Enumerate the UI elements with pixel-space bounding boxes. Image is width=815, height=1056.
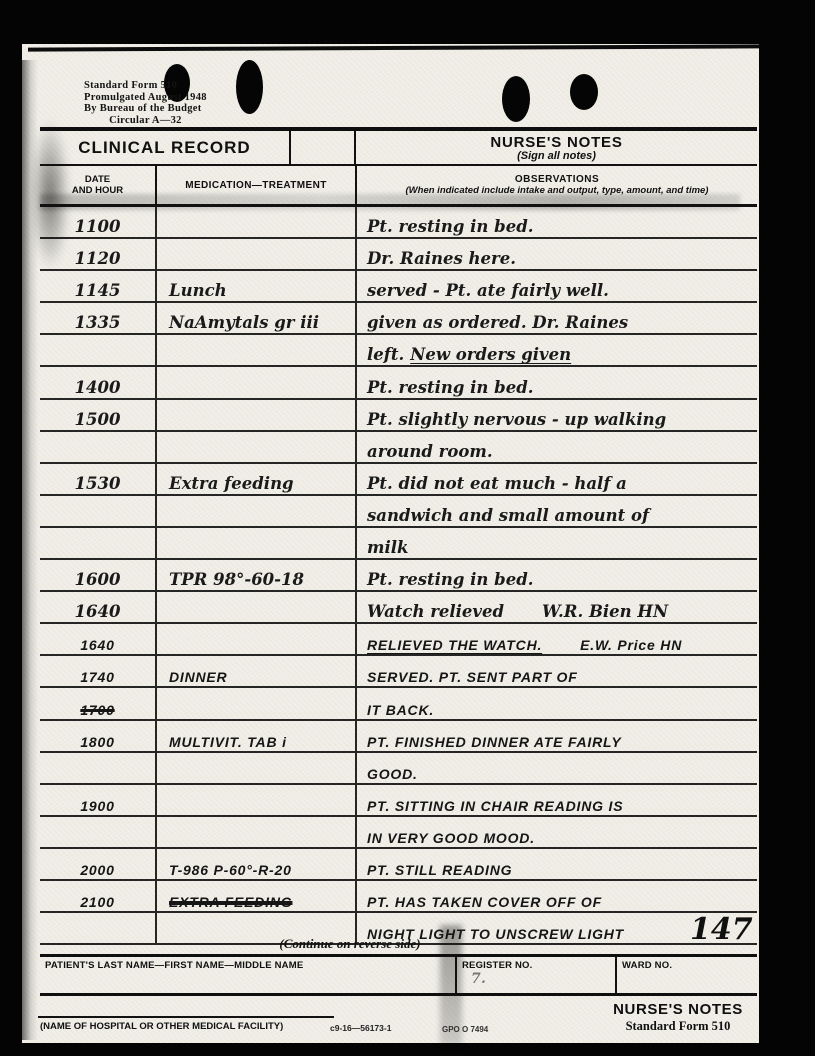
time-entry bbox=[40, 335, 157, 365]
observation-text: Dr. Raines here. bbox=[367, 249, 516, 268]
observation-text: Pt. resting in bed. bbox=[367, 570, 534, 589]
form-stamp: Standard Form 510 Promulgated August 194… bbox=[84, 80, 207, 126]
stamp-line: Standard Form 510 bbox=[84, 80, 207, 92]
observation-underlined-text: New orders given bbox=[410, 345, 571, 364]
medication-entry: DINNER bbox=[157, 656, 357, 686]
observation-text: RELIEVED THE WATCH. bbox=[367, 637, 542, 653]
signature-text: W.R. Bien HN bbox=[542, 602, 668, 621]
register-no-value: 7. bbox=[471, 971, 486, 987]
form-subtitle: Standard Form 510 bbox=[598, 1019, 758, 1034]
observation-text: left. bbox=[367, 345, 404, 364]
time-entry: 1145 bbox=[40, 271, 157, 301]
table-row: 1600TPR 98°-60-18Pt. resting in bed. bbox=[40, 560, 757, 592]
time-entry bbox=[40, 817, 157, 847]
stamp-line: Circular A—32 bbox=[84, 115, 207, 127]
punch-hole bbox=[570, 74, 598, 110]
medication-entry bbox=[157, 817, 357, 847]
table-row: 1500Pt. slightly nervous - up walking bbox=[40, 400, 757, 432]
ward-no-field: WARD NO. bbox=[617, 957, 757, 993]
medication-entry: MULTIVIT. TAB i bbox=[157, 721, 357, 751]
footer-identification-box: PATIENT'S LAST NAME—FIRST NAME—MIDDLE NA… bbox=[40, 954, 757, 996]
observations-column-header: OBSERVATIONS (When indicated include int… bbox=[357, 166, 757, 204]
observation-entry: Pt. slightly nervous - up walking bbox=[357, 400, 757, 430]
time-entry bbox=[40, 753, 157, 783]
time-entry: 1335 bbox=[40, 303, 157, 333]
medication-entry: TPR 98°-60-18 bbox=[157, 560, 357, 590]
observation-text: PT. STILL READING bbox=[367, 862, 512, 878]
column-header-row: DATE AND HOUR MEDICATION—TREATMENT OBSER… bbox=[40, 166, 757, 207]
observation-text: IN VERY GOOD MOOD. bbox=[367, 830, 535, 846]
time-entry: 1640 bbox=[40, 624, 157, 654]
time-entry: 1800 bbox=[40, 721, 157, 751]
observation-text: PT. SITTING IN CHAIR READING IS bbox=[367, 798, 623, 814]
table-row: sandwich and small amount of bbox=[40, 496, 757, 528]
time-entry bbox=[40, 432, 157, 462]
time-entry bbox=[40, 528, 157, 558]
table-row: 1640Watch relievedW.R. Bien HN bbox=[40, 592, 757, 624]
medication-entry bbox=[157, 400, 357, 430]
observation-text: PT. HAS TAKEN COVER OFF OF bbox=[367, 894, 602, 910]
observation-entry: IN VERY GOOD MOOD. bbox=[357, 817, 757, 847]
time-entry: 1120 bbox=[40, 239, 157, 269]
observation-text: Pt. slightly nervous - up walking bbox=[367, 410, 666, 429]
observation-entry: around room. bbox=[357, 432, 757, 462]
observation-text: milk bbox=[367, 538, 408, 557]
blank-header-cell bbox=[291, 131, 356, 164]
table-row: 2000T-986 P-60°-R-20PT. STILL READING bbox=[40, 849, 757, 881]
table-row: 1900PT. SITTING IN CHAIR READING IS bbox=[40, 785, 757, 817]
observation-entry: served - Pt. ate fairly well. bbox=[357, 271, 757, 301]
notes-rows: 1100Pt. resting in bed.1120Dr. Raines he… bbox=[40, 207, 757, 945]
observations-title: OBSERVATIONS bbox=[515, 174, 599, 185]
table-row: 1700IT BACK. bbox=[40, 688, 757, 720]
facility-signature-line bbox=[38, 1016, 334, 1018]
table-row: 1800MULTIVIT. TAB iPT. FINISHED DINNER A… bbox=[40, 721, 757, 753]
medication-column-header: MEDICATION—TREATMENT bbox=[157, 166, 357, 204]
time-entry: 1600 bbox=[40, 560, 157, 590]
observation-entry: Dr. Raines here. bbox=[357, 239, 757, 269]
signature-text: E.W. Price HN bbox=[580, 637, 682, 653]
time-entry bbox=[40, 496, 157, 526]
column-label: DATE bbox=[85, 174, 110, 185]
table-title-row: CLINICAL RECORD NURSE'S NOTES (Sign all … bbox=[40, 131, 757, 166]
time-entry: 2100 bbox=[40, 881, 157, 911]
register-no-label: REGISTER NO. bbox=[462, 960, 533, 971]
observation-text: Pt. resting in bed. bbox=[367, 217, 534, 236]
time-entry: 1740 bbox=[40, 656, 157, 686]
observation-text: SERVED. PT. SENT PART OF bbox=[367, 669, 578, 685]
observation-entry: PT. SITTING IN CHAIR READING IS bbox=[357, 785, 757, 815]
time-entry: 1500 bbox=[40, 400, 157, 430]
table-row: 1120Dr. Raines here. bbox=[40, 239, 757, 271]
observation-entry: left.New orders given bbox=[357, 335, 757, 365]
observation-text: sandwich and small amount of bbox=[367, 506, 649, 525]
table-row: around room. bbox=[40, 432, 757, 464]
observation-entry: PT. STILL READING bbox=[357, 849, 757, 879]
medication-entry bbox=[157, 496, 357, 526]
print-code: c9-16—56173-1 bbox=[330, 1023, 391, 1033]
medication-entry: EXTRA FEEDING bbox=[157, 881, 357, 911]
medication-entry bbox=[157, 528, 357, 558]
nurses-notes-title: NURSE'S NOTES bbox=[490, 134, 622, 151]
table-row: IN VERY GOOD MOOD. bbox=[40, 817, 757, 849]
observation-entry: SERVED. PT. SENT PART OF bbox=[357, 656, 757, 686]
observation-entry: Pt. resting in bed. bbox=[357, 560, 757, 590]
observation-entry: PT. FINISHED DINNER ATE FAIRLY bbox=[357, 721, 757, 751]
facility-label: (NAME OF HOSPITAL OR OTHER MEDICAL FACIL… bbox=[40, 1021, 283, 1032]
clinical-record-title: CLINICAL RECORD bbox=[40, 131, 291, 164]
table-row: 1145Lunchserved - Pt. ate fairly well. bbox=[40, 271, 757, 303]
observation-entry: Pt. resting in bed. bbox=[357, 367, 757, 397]
observation-entry: Pt. did not eat much - half a bbox=[357, 464, 757, 494]
punch-hole bbox=[236, 60, 263, 114]
date-hour-column-header: DATE AND HOUR bbox=[40, 166, 157, 204]
medication-entry bbox=[157, 367, 357, 397]
medication-entry: Extra feeding bbox=[157, 464, 357, 494]
time-entry: 1700 bbox=[40, 688, 157, 718]
medication-entry bbox=[157, 753, 357, 783]
observation-text: Pt. did not eat much - half a bbox=[367, 474, 627, 493]
stamp-line: By Bureau of the Budget bbox=[84, 103, 207, 115]
nurses-notes-subtitle: (Sign all notes) bbox=[517, 150, 596, 162]
medication-entry bbox=[157, 432, 357, 462]
time-entry: 1640 bbox=[40, 592, 157, 622]
observation-text: around room. bbox=[367, 442, 493, 461]
observation-entry: sandwich and small amount of bbox=[357, 496, 757, 526]
observations-subtitle: (When indicated include intake and outpu… bbox=[406, 185, 709, 196]
scanned-page: Standard Form 510 Promulgated August 194… bbox=[0, 0, 815, 1056]
time-entry: 1400 bbox=[40, 367, 157, 397]
time-entry: 2000 bbox=[40, 849, 157, 879]
observation-entry: Watch relievedW.R. Bien HN bbox=[357, 592, 757, 622]
medication-entry bbox=[157, 335, 357, 365]
medication-entry bbox=[157, 624, 357, 654]
table-row: left.New orders given bbox=[40, 335, 757, 367]
observation-text: PT. FINISHED DINNER ATE FAIRLY bbox=[367, 734, 622, 750]
table-row: 2100EXTRA FEEDINGPT. HAS TAKEN COVER OFF… bbox=[40, 881, 757, 913]
time-entry bbox=[40, 913, 157, 943]
observation-entry: Pt. resting in bed. bbox=[357, 207, 757, 237]
time-entry: 1900 bbox=[40, 785, 157, 815]
medication-entry bbox=[157, 207, 357, 237]
observation-text: Watch relieved bbox=[367, 602, 504, 621]
table-row: milk bbox=[40, 528, 757, 560]
observation-text: GOOD. bbox=[367, 766, 418, 782]
table-row: 1400Pt. resting in bed. bbox=[40, 367, 757, 399]
patient-name-field: PATIENT'S LAST NAME—FIRST NAME—MIDDLE NA… bbox=[40, 957, 457, 993]
observation-text: IT BACK. bbox=[367, 702, 434, 718]
handwritten-page-number: 147 bbox=[690, 912, 753, 947]
medication-entry: NaAmytals gr iii bbox=[157, 303, 357, 333]
medication-entry bbox=[157, 592, 357, 622]
observation-entry: GOOD. bbox=[357, 753, 757, 783]
observation-entry: RELIEVED THE WATCH.E.W. Price HN bbox=[357, 624, 757, 654]
continue-note: (Continue on reverse side) bbox=[225, 936, 475, 952]
punch-hole bbox=[502, 76, 530, 122]
table-row: GOOD. bbox=[40, 753, 757, 785]
table-row: 1530Extra feedingPt. did not eat much - … bbox=[40, 464, 757, 496]
observation-text: given as ordered. Dr. Raines bbox=[367, 313, 628, 332]
form-title: NURSE'S NOTES bbox=[598, 1001, 758, 1018]
medication-entry bbox=[157, 785, 357, 815]
time-entry: 1530 bbox=[40, 464, 157, 494]
form-identifier: NURSE'S NOTES Standard Form 510 bbox=[598, 1001, 758, 1034]
medication-entry bbox=[157, 688, 357, 718]
gpo-code: GPO O 7494 bbox=[442, 1025, 488, 1034]
observation-text: served - Pt. ate fairly well. bbox=[367, 281, 609, 300]
nurses-notes-header: NURSE'S NOTES (Sign all notes) bbox=[356, 131, 757, 164]
register-no-field: REGISTER NO. 7. bbox=[457, 957, 617, 993]
clinical-record-table: CLINICAL RECORD NURSE'S NOTES (Sign all … bbox=[40, 127, 757, 945]
medication-entry: T-986 P-60°-R-20 bbox=[157, 849, 357, 879]
observation-entry: PT. HAS TAKEN COVER OFF OF bbox=[357, 881, 757, 911]
table-row: 1640RELIEVED THE WATCH.E.W. Price HN bbox=[40, 624, 757, 656]
column-label: AND HOUR bbox=[72, 185, 123, 196]
observation-entry: IT BACK. bbox=[357, 688, 757, 718]
observation-entry: given as ordered. Dr. Raines bbox=[357, 303, 757, 333]
time-entry: 1100 bbox=[40, 207, 157, 237]
medication-entry bbox=[157, 239, 357, 269]
table-row: 1740DINNERSERVED. PT. SENT PART OF bbox=[40, 656, 757, 688]
medication-entry: Lunch bbox=[157, 271, 357, 301]
stamp-line: Promulgated August 1948 bbox=[84, 92, 207, 104]
observation-text: Pt. resting in bed. bbox=[367, 378, 534, 397]
table-row: 1100Pt. resting in bed. bbox=[40, 207, 757, 239]
table-row: 1335NaAmytals gr iiigiven as ordered. Dr… bbox=[40, 303, 757, 335]
observation-entry: milk bbox=[357, 528, 757, 558]
